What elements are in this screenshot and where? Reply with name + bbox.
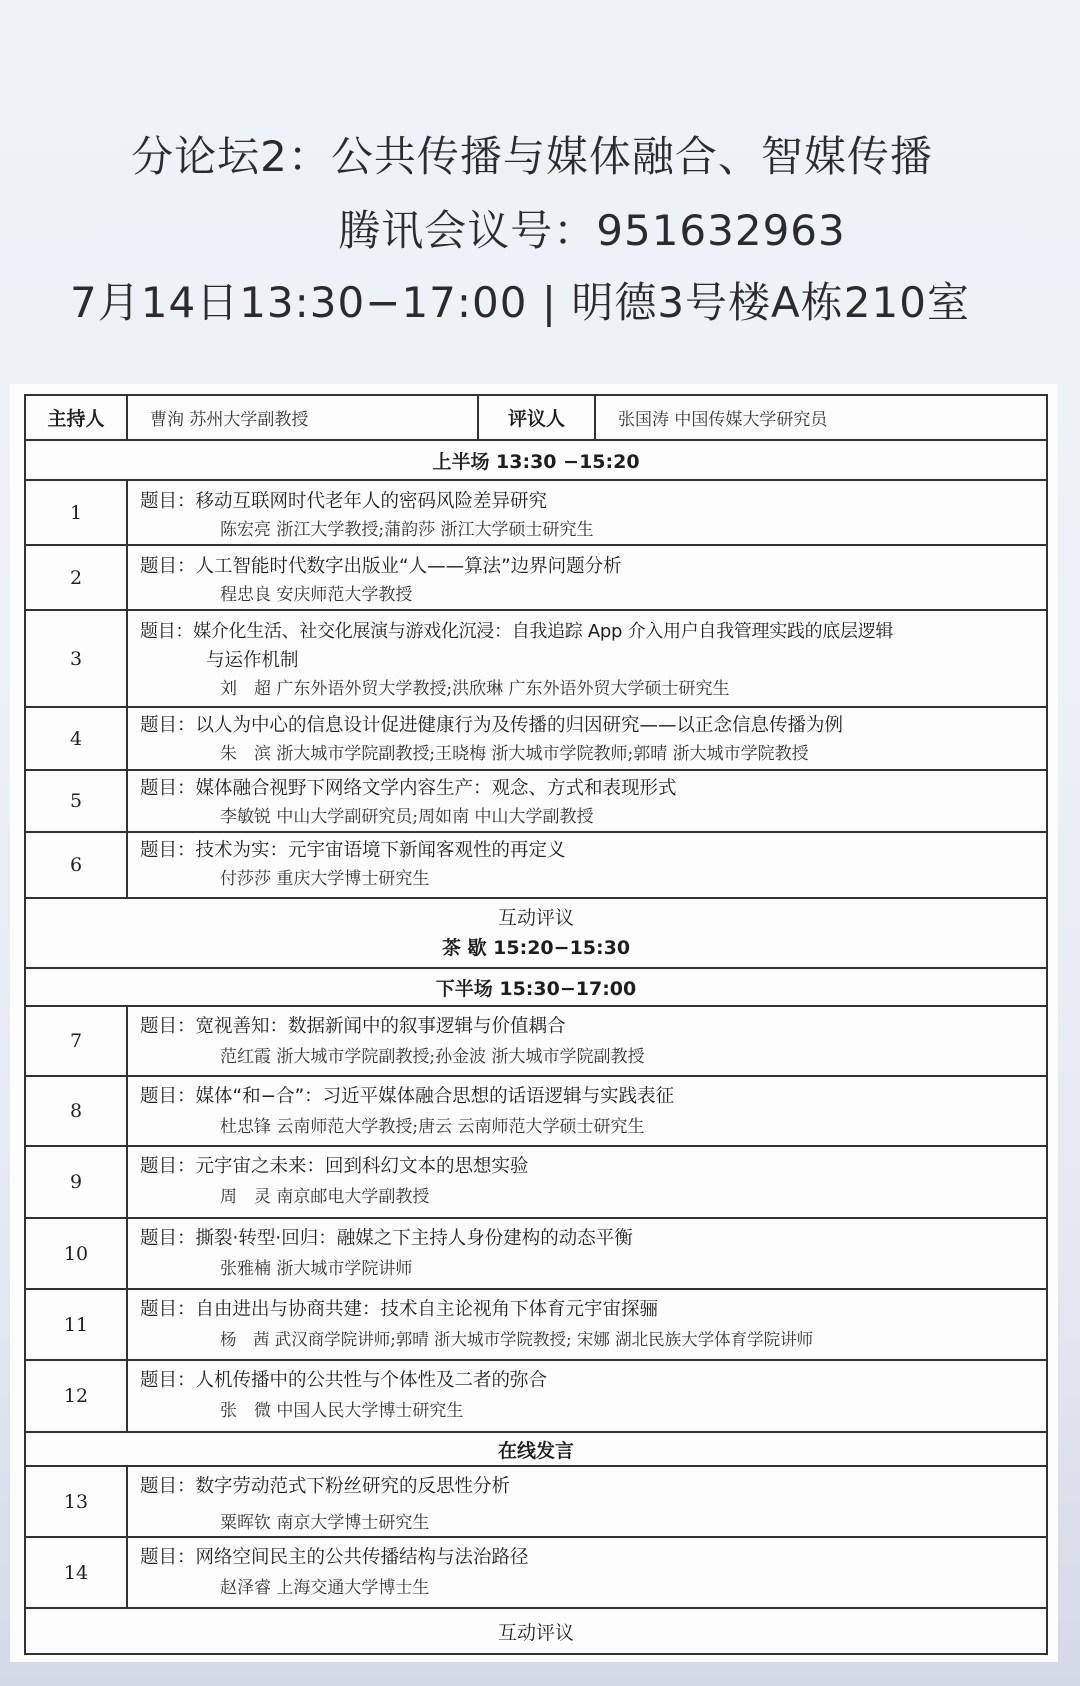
forum-title: 分论坛2：公共传播与媒体融合、智媒传播	[0, 124, 1072, 184]
talk-authors: 李敏锐 中山大学副研究员;周如南 中山大学副教授	[140, 803, 1036, 831]
reviewer-value: 张国涛 中国传媒大学研究员	[596, 396, 1046, 439]
talk-authors: 杨 茜 武汉商学院讲师;郭晴 浙大城市学院教授; 宋娜 湖北民族大学体育学院讲师	[140, 1326, 1036, 1354]
talk-authors: 周 灵 南京邮电大学副教授	[140, 1183, 1036, 1211]
host-reviewer-row: 主持人 曹洵 苏州大学副教授 评议人 张国涛 中国传媒大学研究员	[26, 396, 1046, 439]
talk-authors: 刘 超 广东外语外贸大学教授;洪欣琳 广东外语外贸大学硕士研究生	[140, 675, 1036, 703]
talk-number: 4	[26, 708, 128, 769]
talk-authors: 程忠良 安庆师范大学教授	[140, 581, 1036, 609]
talk-number: 5	[26, 771, 128, 831]
time-location: 7月14日13:30−17:00 | 明德3号楼A栋210室	[0, 270, 1060, 330]
talk-topic: 题目：媒介化生活、社交化展演与游戏化沉浸：自我追踪 App 介入用户自我管理实践…	[140, 617, 1036, 646]
talk-authors: 张雅楠 浙大城市学院讲师	[140, 1255, 1036, 1283]
meeting-id: 腾讯会议号：951632963	[52, 198, 1080, 258]
talk-topic: 题目：网络空间民主的公共传播结构与法治路径	[140, 1542, 1036, 1574]
schedule-table: 主持人 曹洵 苏州大学副教授 评议人 张国涛 中国传媒大学研究员 上半场 13:…	[24, 394, 1048, 1655]
talk-authors: 范红霞 浙大城市学院副教授;孙金波 浙大城市学院副教授	[140, 1043, 1036, 1071]
talk-content: 题目：移动互联网时代老年人的密码风险差异研究 陈宏亮 浙江大学教授;蒲韵莎 浙江…	[128, 481, 1046, 544]
talk-number: 1	[26, 481, 128, 544]
talk-topic: 题目：媒体“和−合”：习近平媒体融合思想的话语逻辑与实践表征	[140, 1081, 1036, 1113]
talk-topic: 题目：数字劳动范式下粉丝研究的反思性分析	[140, 1471, 1036, 1503]
talk-topic: 题目：元宇宙之未来：回到科幻文本的思想实验	[140, 1151, 1036, 1183]
final-review-row: 互动评议	[26, 1607, 1046, 1653]
talk-topic-continued: 与运作机制	[140, 646, 1036, 675]
talk-topic: 题目：撕裂·转型·回归：融媒之下主持人身份建构的动态平衡	[140, 1223, 1036, 1255]
talk-topic: 题目：媒体融合视野下网络文学内容生产：观念、方式和表现形式	[140, 774, 1036, 803]
talk-topic: 题目：宽视善知：数据新闻中的叙事逻辑与价值耦合	[140, 1011, 1036, 1043]
host-value: 曹洵 苏州大学副教授	[128, 396, 479, 439]
talk-number: 14	[26, 1538, 128, 1607]
talk-number: 6	[26, 833, 128, 897]
talk-number: 12	[26, 1361, 128, 1431]
reviewer-label: 评议人	[479, 396, 596, 439]
talk-authors: 陈宏亮 浙江大学教授;蒲韵莎 浙江大学硕士研究生	[140, 516, 1036, 544]
talk-topic: 题目：移动互联网时代老年人的密码风险差异研究	[140, 487, 1036, 516]
online-row: 在线发言	[26, 1431, 1046, 1465]
talk-row: 8 题目：媒体“和−合”：习近平媒体融合思想的话语逻辑与实践表征 杜忠锋 云南师…	[26, 1075, 1046, 1145]
talk-row: 14 题目：网络空间民主的公共传播结构与法治路径 赵泽睿 上海交通大学博士生	[26, 1536, 1046, 1607]
talk-number: 10	[26, 1219, 128, 1288]
talk-authors: 粟晖钦 南京大学博士研究生	[140, 1509, 1036, 1537]
talk-content: 题目：元宇宙之未来：回到科幻文本的思想实验 周 灵 南京邮电大学副教授	[128, 1147, 1046, 1217]
second-half-title: 下半场 15:30−17:00	[436, 974, 637, 1001]
talk-content: 题目：媒体“和−合”：习近平媒体融合思想的话语逻辑与实践表征 杜忠锋 云南师范大…	[128, 1077, 1046, 1145]
second-half-row: 下半场 15:30−17:00	[26, 967, 1046, 1005]
interactive-review-label: 互动评议	[498, 1618, 574, 1645]
talk-content: 题目：技术为实：元宇宙语境下新闻客观性的再定义 付莎莎 重庆大学博士研究生	[128, 833, 1046, 897]
talk-authors: 杜忠锋 云南师范大学教授;唐云 云南师范大学硕士研究生	[140, 1113, 1036, 1141]
talk-topic: 题目：技术为实：元宇宙语境下新闻客观性的再定义	[140, 836, 1036, 865]
talk-authors: 张 微 中国人民大学博士研究生	[140, 1397, 1036, 1425]
host-label: 主持人	[26, 396, 128, 439]
talk-number: 2	[26, 546, 128, 609]
talk-number: 3	[26, 611, 128, 706]
talk-row: 11 题目：自由进出与协商共建：技术自主论视角下体育元宇宙探骊 杨 茜 武汉商学…	[26, 1288, 1046, 1359]
talk-number: 8	[26, 1077, 128, 1145]
talk-content: 题目：撕裂·转型·回归：融媒之下主持人身份建构的动态平衡 张雅楠 浙大城市学院讲…	[128, 1219, 1046, 1288]
talk-row: 10 题目：撕裂·转型·回归：融媒之下主持人身份建构的动态平衡 张雅楠 浙大城市…	[26, 1217, 1046, 1288]
talk-content: 题目：以人为中心的信息设计促进健康行为及传播的归因研究——以正念信息传播为例 朱…	[128, 708, 1046, 769]
first-half-title: 上半场 13:30 −15:20	[432, 447, 639, 474]
talk-row: 7 题目：宽视善知：数据新闻中的叙事逻辑与价值耦合 范红霞 浙大城市学院副教授;…	[26, 1005, 1046, 1075]
talk-content: 题目：网络空间民主的公共传播结构与法治路径 赵泽睿 上海交通大学博士生	[128, 1538, 1046, 1607]
tea-break-label: 茶 歇 15:20−15:30	[442, 933, 630, 963]
talk-row: 13 题目：数字劳动范式下粉丝研究的反思性分析 粟晖钦 南京大学博士研究生	[26, 1465, 1046, 1536]
talk-topic: 题目：人工智能时代数字出版业“人——算法”边界问题分析	[140, 552, 1036, 581]
talk-authors: 付莎莎 重庆大学博士研究生	[140, 865, 1036, 893]
talk-content: 题目：宽视善知：数据新闻中的叙事逻辑与价值耦合 范红霞 浙大城市学院副教授;孙金…	[128, 1007, 1046, 1075]
talk-topic: 题目：以人为中心的信息设计促进健康行为及传播的归因研究——以正念信息传播为例	[140, 711, 1036, 740]
talk-row: 12 题目：人机传播中的公共性与个体性及二者的弥合 张 微 中国人民大学博士研究…	[26, 1359, 1046, 1431]
talk-row: 6 题目：技术为实：元宇宙语境下新闻客观性的再定义 付莎莎 重庆大学博士研究生	[26, 831, 1046, 897]
talk-row: 2 题目：人工智能时代数字出版业“人——算法”边界问题分析 程忠良 安庆师范大学…	[26, 544, 1046, 609]
talk-authors: 赵泽睿 上海交通大学博士生	[140, 1574, 1036, 1602]
talk-row: 3 题目：媒介化生活、社交化展演与游戏化沉浸：自我追踪 App 介入用户自我管理…	[26, 609, 1046, 706]
review-break-row: 互动评议 茶 歇 15:20−15:30	[26, 897, 1046, 967]
talk-content: 题目：数字劳动范式下粉丝研究的反思性分析 粟晖钦 南京大学博士研究生	[128, 1467, 1046, 1536]
talk-topic: 题目：自由进出与协商共建：技术自主论视角下体育元宇宙探骊	[140, 1294, 1036, 1326]
online-label: 在线发言	[498, 1436, 574, 1463]
talk-number: 11	[26, 1290, 128, 1359]
first-half-row: 上半场 13:30 −15:20	[26, 439, 1046, 479]
talk-number: 7	[26, 1007, 128, 1075]
interactive-review-label: 互动评议	[498, 903, 574, 933]
talk-authors: 朱 滨 浙大城市学院副教授;王晓梅 浙大城市学院教师;郭晴 浙大城市学院教授	[140, 740, 1036, 768]
talk-row: 4 题目：以人为中心的信息设计促进健康行为及传播的归因研究——以正念信息传播为例…	[26, 706, 1046, 769]
page-header: 分论坛2：公共传播与媒体融合、智媒传播 腾讯会议号：951632963 7月14…	[0, 0, 1080, 360]
talk-number: 9	[26, 1147, 128, 1217]
talk-content: 题目：自由进出与协商共建：技术自主论视角下体育元宇宙探骊 杨 茜 武汉商学院讲师…	[128, 1290, 1046, 1359]
talk-content: 题目：人机传播中的公共性与个体性及二者的弥合 张 微 中国人民大学博士研究生	[128, 1361, 1046, 1431]
talk-content: 题目：媒介化生活、社交化展演与游戏化沉浸：自我追踪 App 介入用户自我管理实践…	[128, 611, 1046, 706]
talk-row: 9 题目：元宇宙之未来：回到科幻文本的思想实验 周 灵 南京邮电大学副教授	[26, 1145, 1046, 1217]
talk-content: 题目：媒体融合视野下网络文学内容生产：观念、方式和表现形式 李敏锐 中山大学副研…	[128, 771, 1046, 831]
talk-number: 13	[26, 1467, 128, 1536]
talk-row: 1 题目：移动互联网时代老年人的密码风险差异研究 陈宏亮 浙江大学教授;蒲韵莎 …	[26, 479, 1046, 544]
talk-row: 5 题目：媒体融合视野下网络文学内容生产：观念、方式和表现形式 李敏锐 中山大学…	[26, 769, 1046, 831]
talk-content: 题目：人工智能时代数字出版业“人——算法”边界问题分析 程忠良 安庆师范大学教授	[128, 546, 1046, 609]
talk-topic: 题目：人机传播中的公共性与个体性及二者的弥合	[140, 1365, 1036, 1397]
